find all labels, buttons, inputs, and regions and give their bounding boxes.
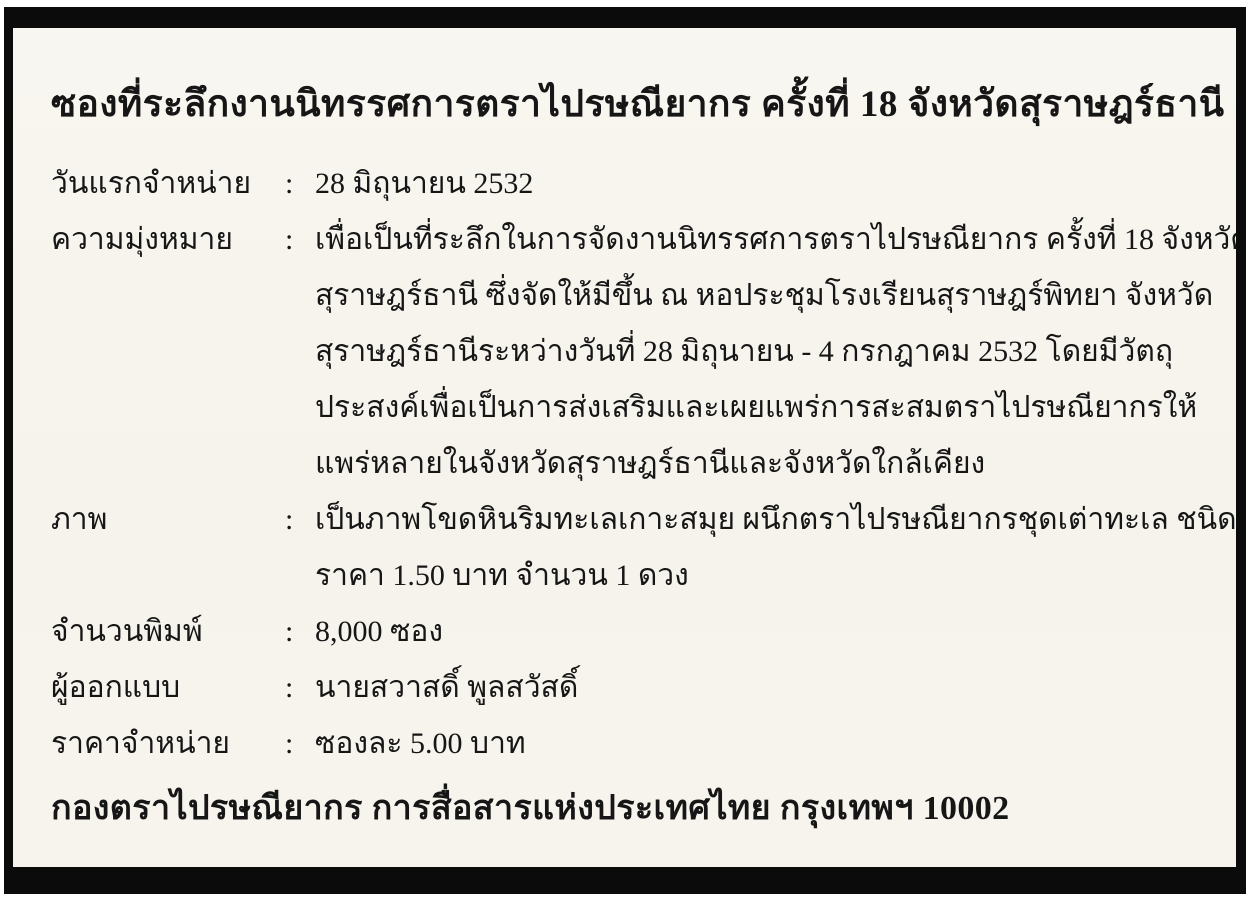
field-value: ซองละ 5.00 บาท <box>315 716 1196 772</box>
field-value: เป็นภาพโขดหินริมทะเลเกาะสมุย ผนึกตราไปรษ… <box>315 492 1236 604</box>
field-label: จำนวนพิมพ์ <box>51 604 285 660</box>
black-border-frame: ซองที่ระลึกงานนิทรรศการตราไปรษณียากร ครั… <box>4 7 1246 894</box>
field-label: ความมุ่งหมาย <box>51 212 285 268</box>
field-row: ความมุ่งหมาย : เพื่อเป็นที่ระลึกในการจัด… <box>51 212 1196 492</box>
field-label: ราคาจำหน่าย <box>51 716 285 772</box>
field-label: วันแรกจำหน่าย <box>51 156 285 212</box>
field-value-line: นายสวาสดิ์ พูลสวัสดิ์ <box>315 660 1196 716</box>
field-value-line: 28 มิถุนายน 2532 <box>315 156 1196 212</box>
field-row: ภาพ : เป็นภาพโขดหินริมทะเลเกาะสมุย ผนึกต… <box>51 492 1196 604</box>
page-title: ซองที่ระลึกงานนิทรรศการตราไปรษณียากร ครั… <box>51 74 1196 136</box>
field-value: นายสวาสดิ์ พูลสวัสดิ์ <box>315 660 1196 716</box>
field-value-line: แพร่หลายในจังหวัดสุราษฎร์ธานีและจังหวัดใ… <box>315 436 1236 492</box>
field-value-line: สุราษฎร์ธานีระหว่างวันที่ 28 มิถุนายน - … <box>315 324 1236 380</box>
field-label: ภาพ <box>51 492 285 548</box>
field-value-line: เป็นภาพโขดหินริมทะเลเกาะสมุย ผนึกตราไปรษ… <box>315 492 1236 548</box>
field-colon: : <box>285 716 315 772</box>
field-colon: : <box>285 212 315 268</box>
card-paper: ซองที่ระลึกงานนิทรรศการตราไปรษณียากร ครั… <box>13 28 1236 867</box>
field-value: เพื่อเป็นที่ระลึกในการจัดงานนิทรรศการตรา… <box>315 212 1236 492</box>
issuer-address-line: กองตราไปรษณียากร การสื่อสารแห่งประเทศไทย… <box>51 778 1196 840</box>
field-value-line: ประสงค์เพื่อเป็นการส่งเสริมและเผยแพร่การ… <box>315 380 1236 436</box>
field-value: 28 มิถุนายน 2532 <box>315 156 1196 212</box>
field-colon: : <box>285 660 315 716</box>
field-value-line: ราคา 1.50 บาท จำนวน 1 ดวง <box>315 548 1236 604</box>
field-colon: : <box>285 156 315 212</box>
field-row: ราคาจำหน่าย : ซองละ 5.00 บาท <box>51 716 1196 772</box>
field-row: จำนวนพิมพ์ : 8,000 ซอง <box>51 604 1196 660</box>
field-colon: : <box>285 604 315 660</box>
field-value-line: ซองละ 5.00 บาท <box>315 716 1196 772</box>
fields-list: วันแรกจำหน่าย : 28 มิถุนายน 2532 ความมุ่… <box>51 156 1196 772</box>
field-row: วันแรกจำหน่าย : 28 มิถุนายน 2532 <box>51 156 1196 212</box>
field-colon: : <box>285 492 315 548</box>
field-label: ผู้ออกแบบ <box>51 660 285 716</box>
field-value-line: 8,000 ซอง <box>315 604 1196 660</box>
field-value-line: สุราษฎร์ธานี ซึ่งจัดให้มีขึ้น ณ หอประชุม… <box>315 268 1236 324</box>
field-value: 8,000 ซอง <box>315 604 1196 660</box>
field-row: ผู้ออกแบบ : นายสวาสดิ์ พูลสวัสดิ์ <box>51 660 1196 716</box>
field-value-line: เพื่อเป็นที่ระลึกในการจัดงานนิทรรศการตรา… <box>315 212 1236 268</box>
scanned-document: ซองที่ระลึกงานนิทรรศการตราไปรษณียากร ครั… <box>0 0 1251 900</box>
